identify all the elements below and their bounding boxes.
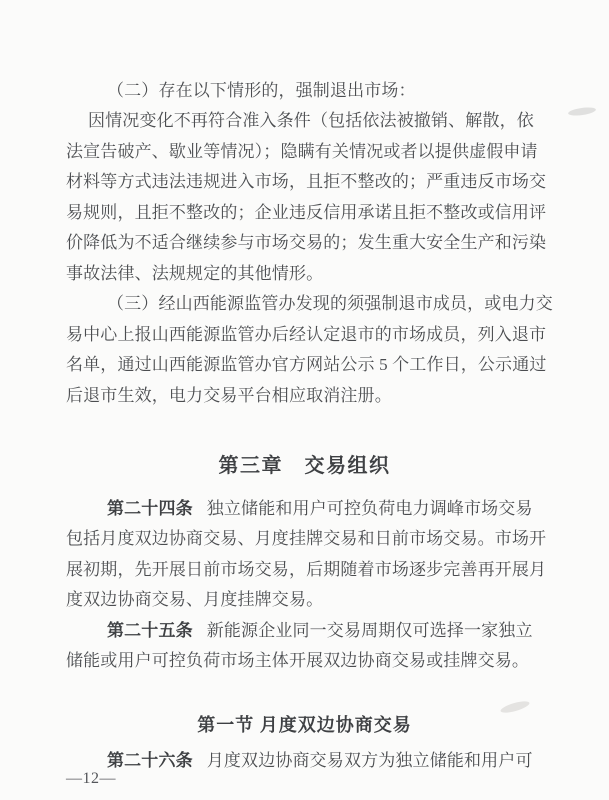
scanned-document-page: （二）存在以下情形的，强制退出市场： 因情况变化不再符合准入条件（包括依法被撤销… [0, 0, 609, 800]
text-line: 名单，通过山西能源监管办官方网站公示 5 个工作日，公示通过 [66, 354, 547, 376]
article-24-text: 独立储能和用户可控负荷电力调峰市场交易 [207, 499, 533, 518]
text-line: 包括月度双边协商交易、月度挂牌交易和日前市场交易。市场开 [66, 528, 546, 550]
text-line: 事故法律、法规规定的其他情形。 [66, 263, 323, 285]
section-heading: 第一节 月度双边协商交易 [0, 711, 609, 737]
text-line: （二）存在以下情形的，强制退出市场： [66, 80, 416, 102]
article-25-text: 新能源企业同一交易周期仅可选择一家独立 [207, 621, 533, 640]
text-line: 因情况变化不再符合准入条件（包括依法被撤销、解散，依 [66, 110, 534, 132]
article-26-label: 第二十六条 [107, 751, 193, 770]
text-line: 度双边协商交易、月度挂牌交易。 [66, 589, 323, 611]
text-line: 易规则，且拒不整改的；企业违反信用承诺且拒不整改或信用评 [66, 202, 546, 224]
article-24-label: 第二十四条 [107, 499, 193, 518]
article-26-text: 月度双边协商交易双方为独立储能和用户可 [207, 751, 533, 770]
text-line: 展初期，先开展日前市场交易，后期随着市场逐步完善再开展月 [66, 559, 546, 581]
text-line: 法宣告破产、歇业等情况）；隐瞒有关情况或者以提供虚假申请 [66, 141, 538, 163]
text-line: 第二十六条月度双边协商交易双方为独立储能和用户可 [66, 750, 533, 772]
chapter-heading: 第三章 交易组织 [0, 449, 609, 478]
text-line: 第二十五条新能源企业同一交易周期仅可选择一家独立 [66, 620, 533, 642]
text-line: 材料等方式违法违规进入市场，且拒不整改的；严重违反市场交 [66, 171, 546, 193]
article-25-label: 第二十五条 [107, 621, 193, 640]
text-line: 储能或用户可控负荷市场主体开展双边协商交易或挂牌交易。 [66, 650, 529, 672]
text-line: 易中心上报山西能源监管办后经认定退市的市场成员，列入退市 [66, 324, 546, 346]
text-line: 价降低为不适合继续参与市场交易的；发生重大安全生产和污染 [66, 232, 546, 254]
text-line: 第二十四条独立储能和用户可控负荷电力调峰市场交易 [66, 498, 533, 520]
scan-smudge [568, 106, 597, 117]
text-line: 后退市生效，电力交易平台相应取消注册。 [66, 385, 392, 407]
text-line: （三）经山西能源监管办发现的须强制退市成员，或电力交 [66, 293, 553, 315]
page-number: —12— [66, 770, 116, 788]
